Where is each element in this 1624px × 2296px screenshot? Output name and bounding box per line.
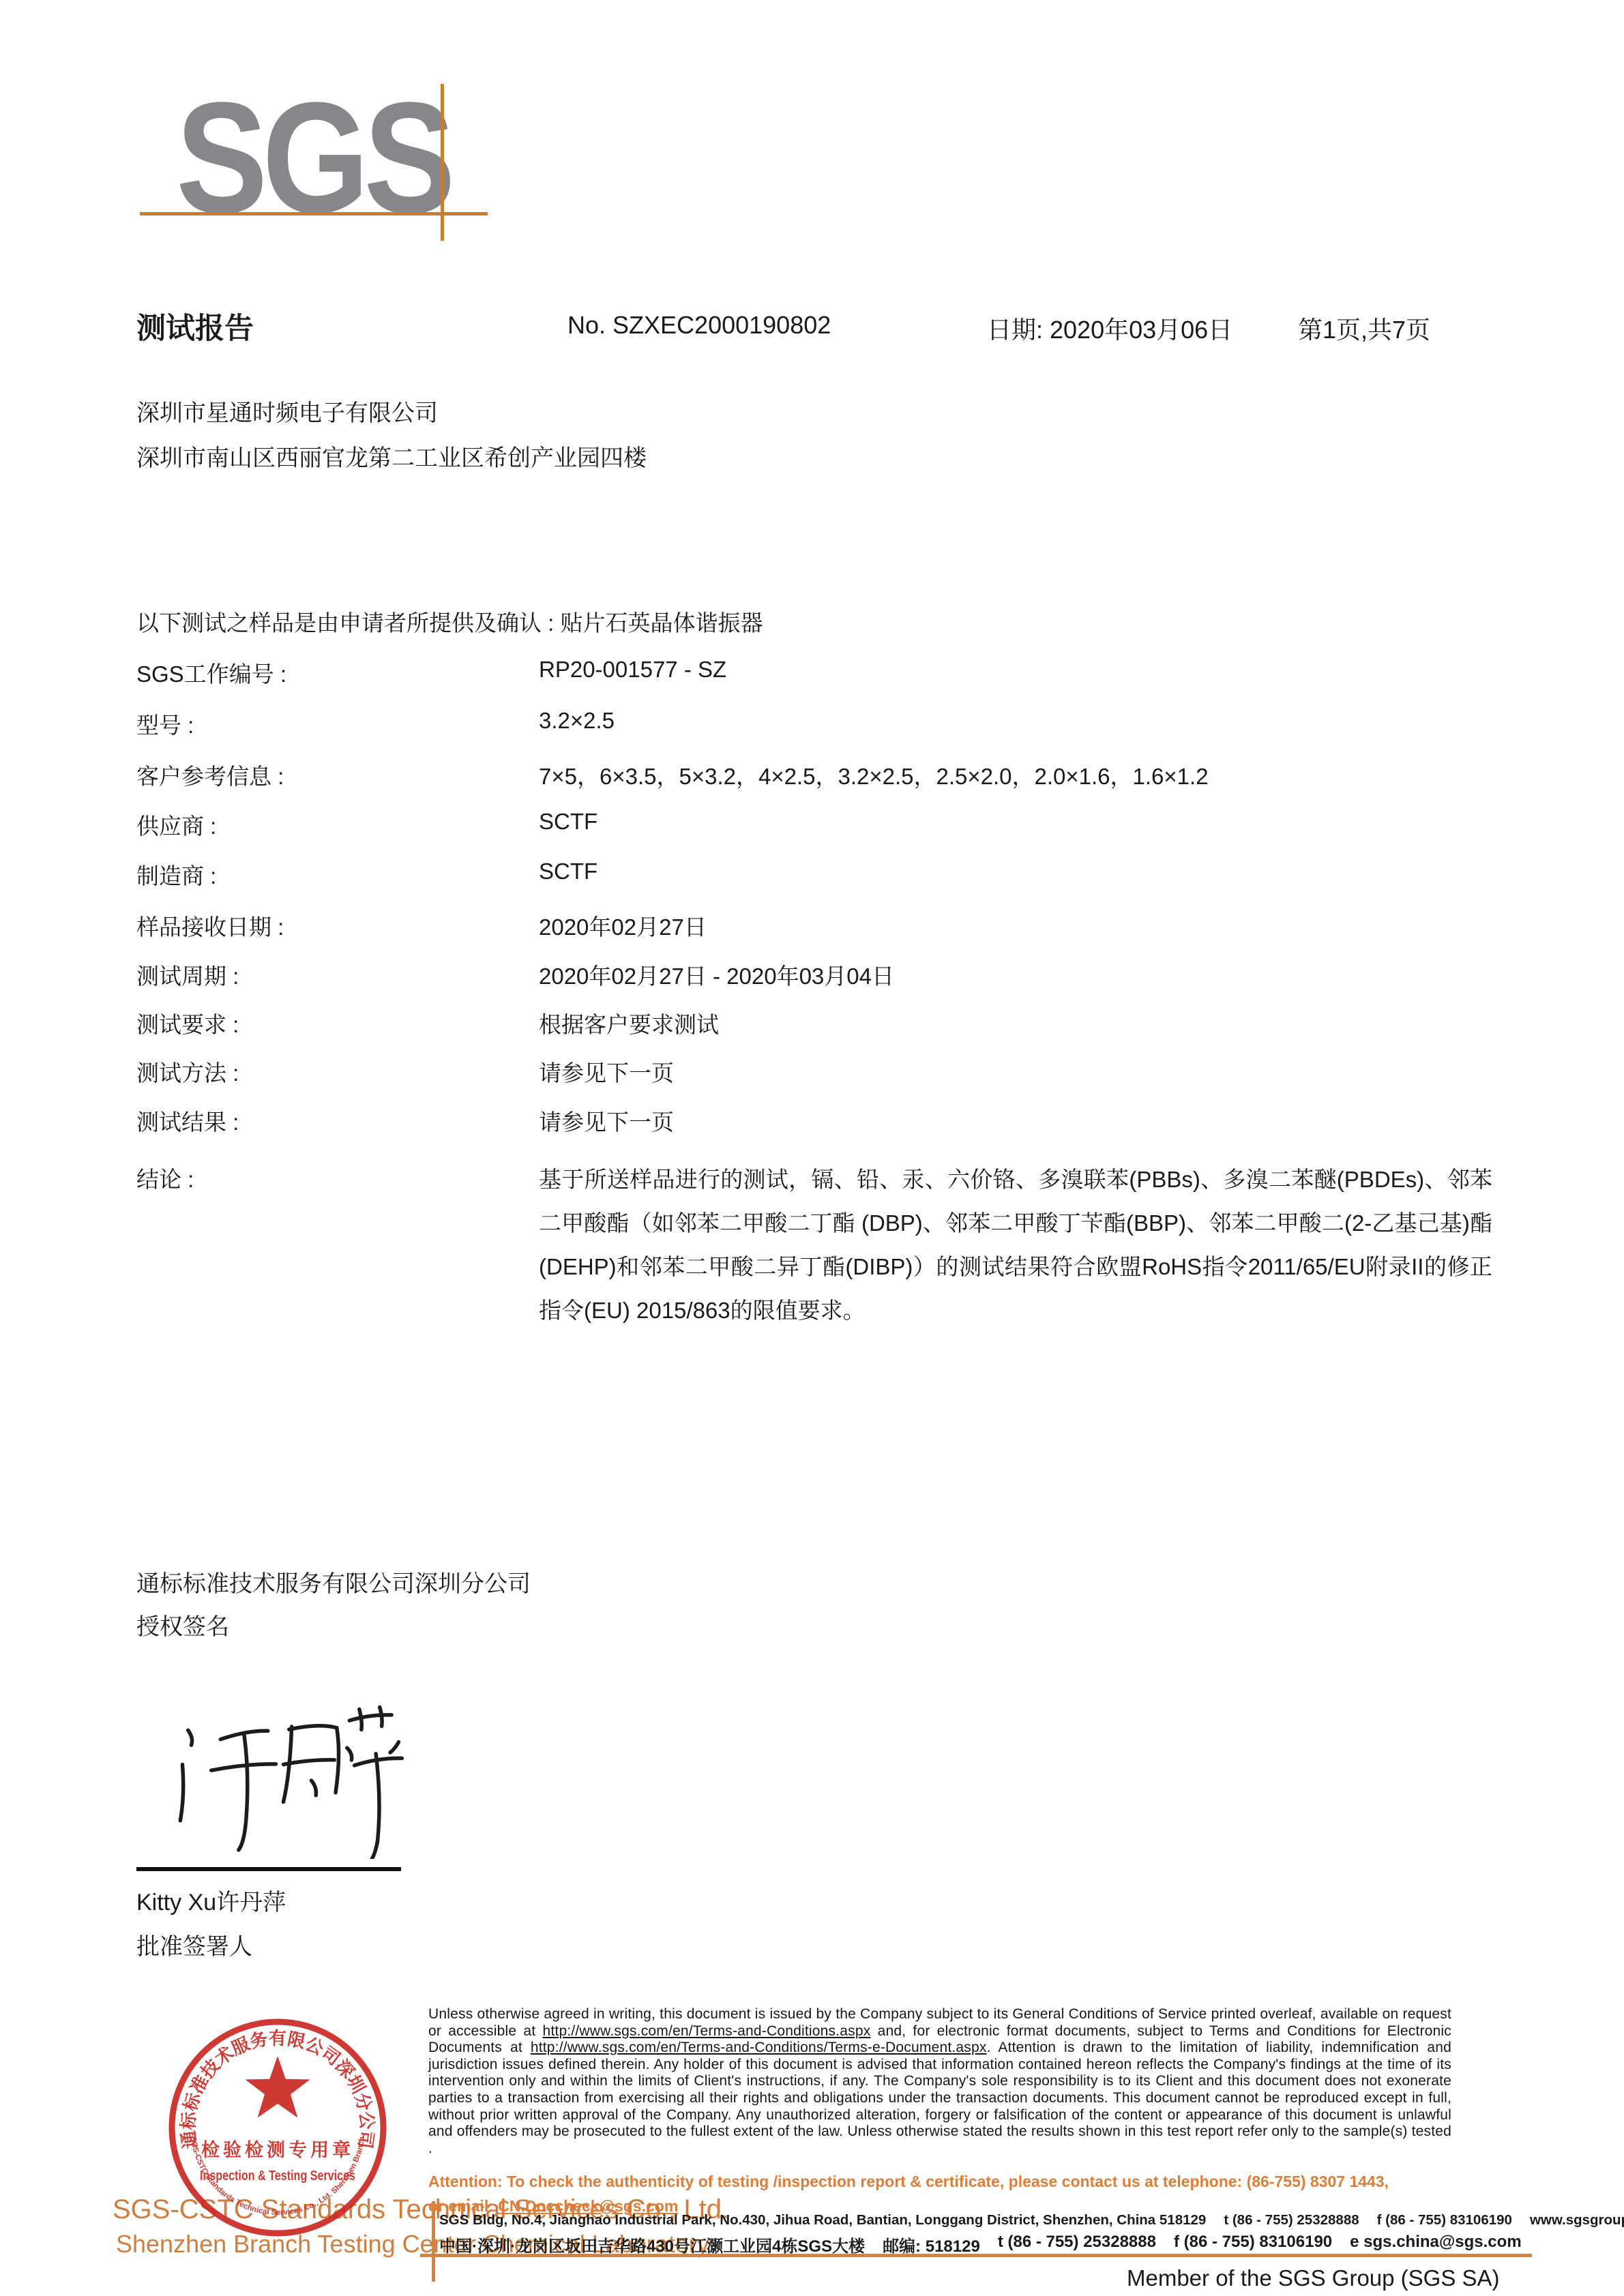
field-label: SGS工作编号 : [136,657,286,689]
sample-intro-line: 以下测试之样品是由申请者所提供及确认 : 贴片石英晶体谐振器 [136,606,763,638]
address-line-cn: 中国·深圳·龙岗区坂田吉华路430号江灏工业园4栋SGS大楼 邮编: 51812… [439,2233,1522,2256]
address-en-tel: t (86 - 755) 25328888 [1224,2212,1359,2228]
attention-line1: Attention: To check the authenticity of … [428,2173,1389,2191]
report-number: No. SZXEC2000190802 [567,311,831,340]
field-value: 2020年02月27日 [539,910,707,942]
page-count: 第1页,共7页 [1298,311,1430,346]
page-title: 测试报告 [136,305,254,347]
field-label: 测试方法 : [136,1056,239,1088]
field-label: 测试要求 : [136,1007,239,1039]
field-value: SCTF [539,809,597,835]
terms-conditions-link[interactable]: http://www.sgs.com/en/Terms-and-Conditio… [543,2023,871,2039]
field-label: 供应商 : [136,809,216,841]
sgs-china-email-link[interactable]: e sgs.china@sgs.com [1350,2233,1522,2256]
address-line-en: SGS Bldg, No.4, Jianghao Industrial Park… [439,2212,1624,2228]
applicant-address: 深圳市南山区西丽官龙第二工业区希创产业园四楼 [136,439,647,473]
conclusion-label: 结论 : [136,1162,194,1194]
signer-name: Kitty Xu许丹萍 [136,1883,286,1917]
inspection-stamp: 通标标准技术服务有限公司深圳分公司 SGS-CSTC Standards Tec… [162,2012,394,2243]
logo-horizontal-line [140,212,488,215]
handwritten-signature [154,1680,433,1866]
field-label: 客户参考信息 : [136,759,284,791]
stamp-center-en: Inspection & Testing Services [200,2168,355,2183]
field-label: 测试结果 : [136,1105,239,1137]
field-label: 型号 : [136,708,194,740]
applicant-name: 深圳市星通时频电子有限公司 [136,394,438,428]
address-cn-postcode: 邮编: 518129 [883,2233,980,2256]
address-en-street: SGS Bldg, No.4, Jianghao Industrial Park… [439,2212,1206,2228]
field-value: 3.2×2.5 [539,708,615,734]
sgs-group-member-line: Member of the SGS Group (SGS SA) [1127,2265,1500,2291]
field-value: 请参见下一页 [539,1105,674,1137]
footer-vertical-line [432,2201,435,2282]
field-value: 根据客户要求测试 [539,1007,719,1039]
field-value: 2020年02月27日 - 2020年03月04日 [539,959,894,991]
conclusion-text: 基于所送样品进行的测试，镉、铅、汞、六价铬、多溴联苯(PBBs)、多溴二苯醚(P… [539,1158,1492,1332]
legal-text: . Attention is drawn to the limitation o… [428,2040,1451,2156]
footer-horizontal-line [420,2254,1532,2257]
red-star-icon [245,2056,310,2118]
signer-title: 批准签署人 [136,1928,252,1961]
field-label: 样品接收日期 : [136,910,284,942]
issuing-company: 通标标准技术服务有限公司深圳分公司 [136,1565,531,1598]
address-en-fax: f (86 - 755) 83106190 [1377,2212,1512,2228]
signature-line [136,1867,401,1871]
stamp-center-cn: 检验检测专用章 [201,2139,354,2160]
field-value: 7×5，6×3.5，5×3.2，4×2.5，3.2×2.5，2.5×2.0，2.… [539,759,1209,791]
logo-vertical-line [441,84,444,241]
stamp-circle [172,2022,383,2233]
report-date: 日期: 2020年03月06日 [987,311,1232,346]
field-value: SCTF [539,859,597,884]
address-cn-street: 中国·深圳·龙岗区坂田吉华路430号江灏工业园4栋SGS大楼 [439,2233,865,2256]
field-label: 制造商 : [136,859,216,891]
terms-e-document-link[interactable]: http://www.sgs.com/en/Terms-and-Conditio… [531,2040,987,2055]
legal-terms-paragraph: Unless otherwise agreed in writing, this… [428,2006,1451,2157]
authorized-signature-label: 授权签名 [136,1608,229,1641]
address-cn-tel: t (86 - 755) 25328888 [998,2233,1156,2256]
sgsgroup-website-link[interactable]: www.sgsgroup.com.cn [1530,2212,1624,2228]
field-value: 请参见下一页 [539,1056,674,1088]
field-value: RP20-001577 - SZ [539,657,726,683]
field-label: 测试周期 : [136,959,239,991]
address-cn-fax: f (86 - 755) 83106190 [1174,2233,1332,2256]
test-report-page: SGS 测试报告 No. SZXEC2000190802 日期: 2020年03… [0,0,1624,2296]
